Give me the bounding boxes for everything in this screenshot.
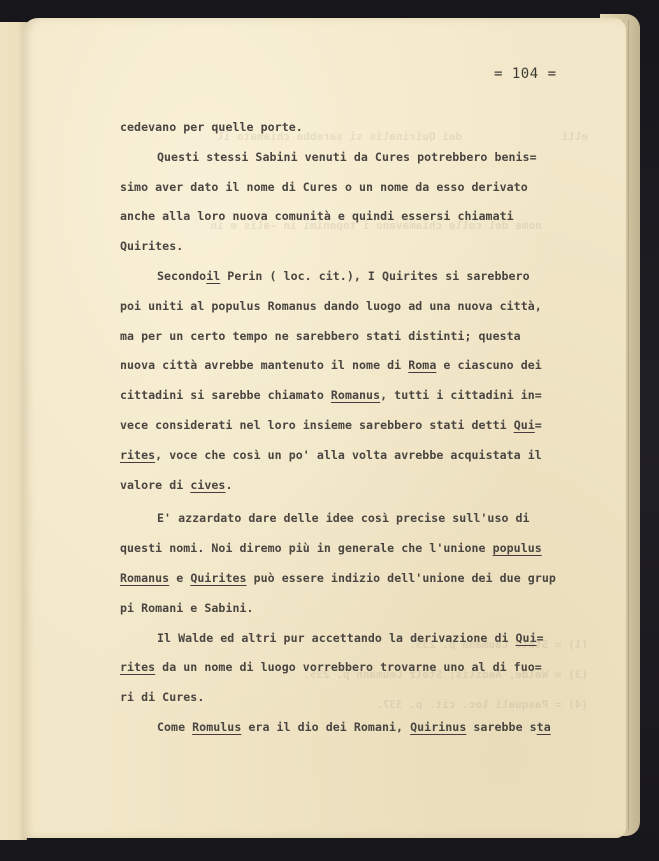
text-line: nuova città avrebbe mantenuto il nome di… (120, 354, 580, 384)
text-line: questi nomi. Noi diremo più in generale … (120, 537, 580, 567)
text-line: ma per un certo tempo ne sarebbero stati… (120, 325, 580, 355)
text-line: rites, voce che così un po' alla volta a… (120, 444, 580, 474)
text-segment: Perin ( loc. cit.), I Quirites si sarebb… (220, 269, 529, 283)
underlined-term: Roma (408, 358, 436, 372)
text-line: E' azzardato dare delle idee così precis… (120, 507, 580, 537)
text-segment: . (225, 478, 232, 492)
text-line: ri di Cures. (120, 686, 580, 716)
text-line: Romanus e Quirites può essere indizio de… (120, 567, 580, 597)
text-segment: da un nome di luogo vorrebbero trovarne … (155, 660, 542, 674)
text-line: Come Romulus era il dio dei Romani, Quir… (120, 716, 580, 746)
underlined-term: Qui (516, 631, 537, 645)
underlined-term: Romulus (192, 720, 241, 734)
underlined-term: Quirinus (410, 720, 466, 734)
text-segment: Quirites. (120, 239, 183, 253)
text-line: Il Walde ed altri pur accettando la deri… (120, 627, 580, 657)
text-line: valore di cives. (120, 474, 580, 504)
underlined-term: populus (493, 541, 542, 555)
text-segment: = (535, 418, 542, 432)
text-segment: poi uniti al populus Romanus dando luogo… (120, 299, 542, 313)
text-segment: Questi stessi Sabini venuti da Cures pot… (157, 150, 537, 164)
text-segment: e ciascuno dei (436, 358, 541, 372)
underlined-term: il (206, 269, 220, 283)
text-line: rites da un nome di luogo vorrebbero tro… (120, 656, 580, 686)
text-line: pi Romani e Sabini. (120, 597, 580, 627)
underlined-term: rites (120, 448, 155, 462)
text-segment: Secondo (157, 269, 206, 283)
text-segment: ri di Cures. (120, 690, 204, 704)
underlined-term: Romanus (331, 388, 380, 402)
text-line: Quirites. (120, 235, 580, 265)
text-line: anche alla loro nuova comunità e quindi … (120, 205, 580, 235)
text-segment: simo aver dato il nome di Cures o un nom… (120, 180, 528, 194)
underlined-term: Romanus (120, 571, 169, 585)
text-segment: vece considerati nel loro insieme sarebb… (120, 418, 514, 432)
text-line: poi uniti al populus Romanus dando luogo… (120, 295, 580, 325)
text-segment: nuova città avrebbe mantenuto il nome di (120, 358, 408, 372)
underlined-term: cives (190, 478, 225, 492)
text-line: cedevano per quelle porte. (120, 116, 580, 146)
text-segment: e (169, 571, 190, 585)
text-segment: = (537, 631, 544, 645)
text-segment: , voce che così un po' alla volta avrebb… (155, 448, 542, 462)
text-segment: , tutti i cittadini in= (380, 388, 542, 402)
text-segment: questi nomi. Noi diremo più in generale … (120, 541, 493, 555)
text-segment: pi Romani e Sabini. (120, 601, 254, 615)
text-segment: valore di (120, 478, 190, 492)
text-segment: Il Walde ed altri pur accettando la deri… (157, 631, 516, 645)
underlined-term: Quirites (190, 571, 246, 585)
text-segment: può essere indizio dell'unione dei due g… (247, 571, 556, 585)
text-line: cittadini si sarebbe chiamato Romanus, t… (120, 384, 580, 414)
text-line: Secondoil Perin ( loc. cit.), I Quirites… (120, 265, 580, 295)
underlined-term: Qui (514, 418, 535, 432)
underlined-term: rites (120, 660, 155, 674)
text-segment: cittadini si sarebbe chiamato (120, 388, 331, 402)
text-line: Questi stessi Sabini venuti da Cures pot… (120, 146, 580, 176)
text-line: vece considerati nel loro insieme sarebb… (120, 414, 580, 444)
page-number: = 104 = (494, 66, 557, 82)
text-segment: ma per un certo tempo ne sarebbero stati… (120, 329, 521, 343)
text-segment: era il dio dei Romani, (241, 720, 410, 734)
text-segment: anche alla loro nuova comunità e quindi … (120, 209, 514, 223)
text-segment: Come (157, 720, 192, 734)
body-text: cedevano per quelle porte.Questi stessi … (120, 116, 580, 746)
text-line: simo aver dato il nome di Cures o un nom… (120, 176, 580, 206)
text-segment: E' azzardato dare delle idee così precis… (157, 511, 530, 525)
text-segment: cedevano per quelle porte. (120, 120, 303, 134)
text-segment: sarebbe sta (466, 720, 550, 734)
